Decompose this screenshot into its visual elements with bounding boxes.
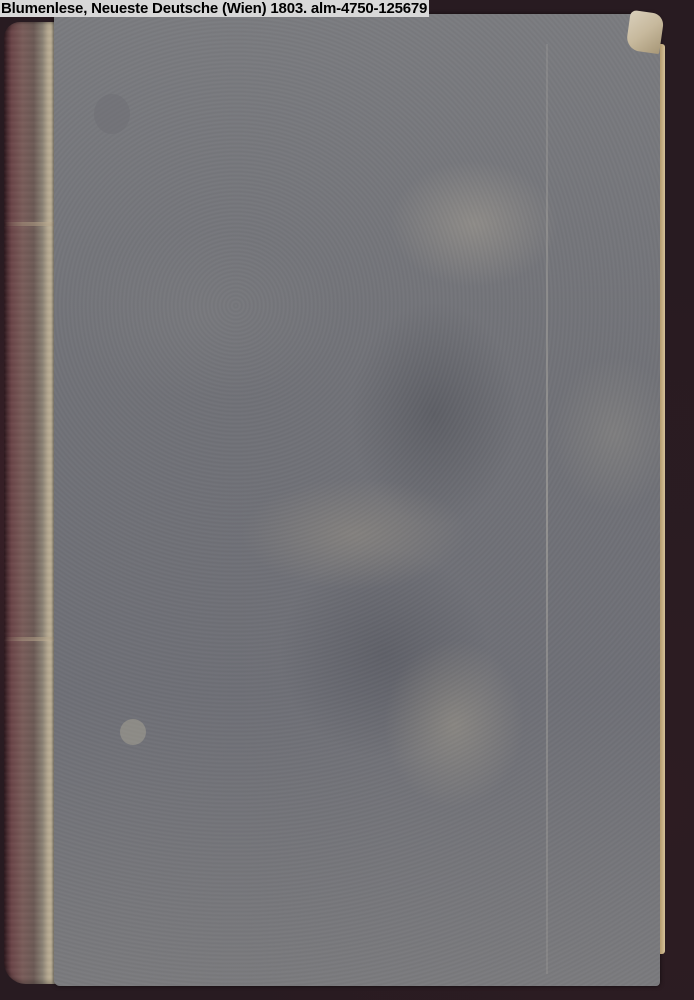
cover-stain	[120, 719, 146, 745]
cover-crease	[546, 44, 548, 974]
folded-corner	[625, 10, 664, 54]
image-caption: Blumenlese, Neueste Deutsche (Wien) 1803…	[0, 0, 429, 17]
cover-stain	[94, 94, 130, 134]
book-front-cover	[54, 14, 660, 986]
page-edges	[660, 44, 665, 954]
